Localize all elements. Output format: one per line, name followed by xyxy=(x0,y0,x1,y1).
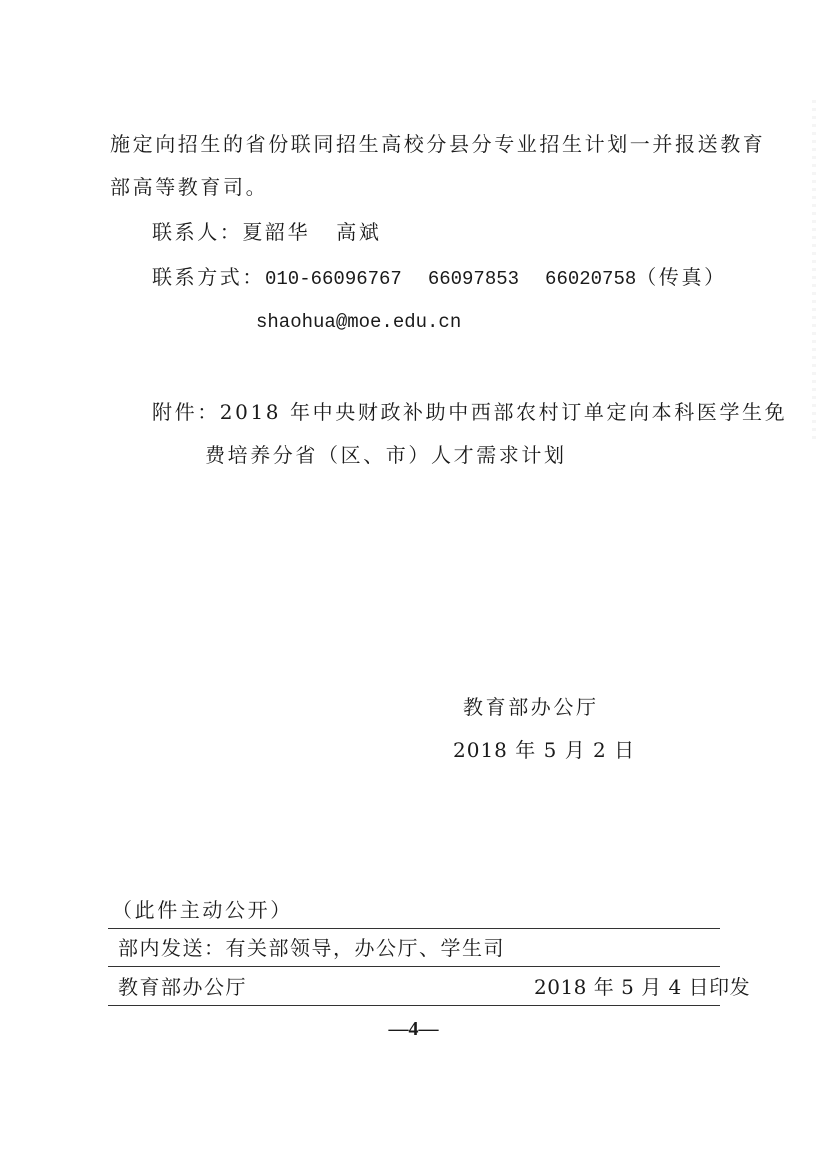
attachment-line2: 费培养分省（区、市）人才需求计划 xyxy=(205,443,567,467)
issuing-office: 教育部办公厅 xyxy=(118,975,247,999)
contact-person-label: 联系人： xyxy=(152,220,242,244)
body-paragraph-continued-line2: 部高等教育司。 xyxy=(110,175,268,199)
phone-3: 66020758 xyxy=(545,268,636,290)
contact-person-1: 夏韶华 xyxy=(242,220,310,244)
contact-person-line: 联系人：夏韶华高斌 xyxy=(152,220,381,244)
body-paragraph-continued-line1: 施定向招生的省份联同招生高校分县分专业招生计划一并报送教育 xyxy=(110,132,765,156)
divider-rule-top xyxy=(108,928,720,929)
page-number: —4— xyxy=(0,1018,827,1041)
contact-person-2: 高斌 xyxy=(336,220,381,244)
email-address: shaohua@moe.edu.cn xyxy=(256,310,461,334)
phone-1: 010-66096767 xyxy=(265,268,402,290)
signature-issuer: 教育部办公厅 xyxy=(463,695,599,719)
attachment-line1: 附件：2018 年中央财政补助中西部农村订单定向本科医学生免 xyxy=(152,400,787,424)
scan-artifact xyxy=(812,100,816,440)
print-date: 2018 年 5 月 4 日印发 xyxy=(534,975,750,999)
cc-recipients: 部内发送：有关部领导，办公厅、学生司 xyxy=(118,936,505,960)
fax-note: （传真） xyxy=(636,265,726,289)
contact-method-line: 联系方式：010-660967676609785366020758（传真） xyxy=(152,265,727,291)
divider-rule-middle xyxy=(108,966,720,967)
phone-2: 66097853 xyxy=(428,268,519,290)
contact-method-label: 联系方式： xyxy=(152,265,265,289)
signature-date: 2018 年 5 月 2 日 xyxy=(453,738,635,762)
divider-rule-bottom xyxy=(108,1005,720,1006)
disclosure-note: （此件主动公开） xyxy=(112,898,293,922)
